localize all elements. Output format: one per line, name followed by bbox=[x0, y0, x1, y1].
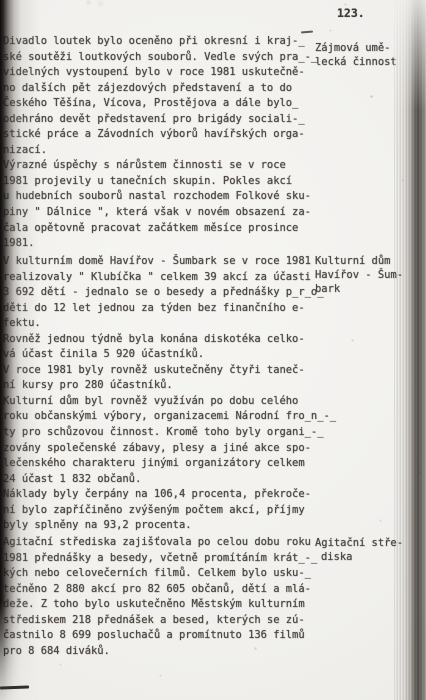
text-line: u hudebních souborů nastal rozchodem Fol… bbox=[3, 189, 337, 205]
margin-note-interest-art-activity: Zájmová umě- lecká činnost bbox=[315, 41, 425, 69]
paragraph-cultural-house: V kulturním domě Havířov - Šumbark se v … bbox=[3, 254, 337, 534]
book-spine-edge bbox=[394, 0, 426, 700]
margin-note-line: Agitační stře- bbox=[315, 536, 425, 550]
text-line: realizovaly " Klubíčka " celkem 39 akcí … bbox=[3, 270, 337, 286]
text-line: 24 účast 1 832 občanů. bbox=[3, 472, 337, 488]
scanned-document-page: 123. Divadlo loutek bylo oceněno při okr… bbox=[0, 0, 426, 700]
paper-specks bbox=[0, 0, 1, 1]
text-line: ní kursy pro 280 účastníků. bbox=[3, 378, 337, 394]
margin-note-line: bark bbox=[315, 282, 425, 296]
text-line: pro 8 684 diváků. bbox=[3, 644, 337, 660]
text-line: Kulturní dům byl rovněž využíván po dobu… bbox=[3, 394, 337, 410]
text-line: Divadlo loutek bylo oceněno při okresní … bbox=[3, 34, 337, 50]
text-line: nizací. bbox=[3, 143, 337, 159]
text-line: střediskem 218 přednášek a besed, kterýc… bbox=[3, 613, 337, 629]
text-line: ské soutěži loutkových souborů. Vedle sv… bbox=[3, 50, 337, 66]
margin-note-cultural-house: Kulturní dům Havířov - Šum- bark bbox=[315, 254, 425, 296]
text-line: vá účast činila 5 920 účastníků. bbox=[3, 347, 337, 363]
text-line: V kulturním domě Havířov - Šumbark se v … bbox=[3, 254, 337, 270]
page-number: 123. bbox=[337, 6, 365, 20]
text-line: Českého Těšína, Vícova, Prostějova a dál… bbox=[3, 96, 337, 112]
text-line: lečenského charakteru jinými organizátor… bbox=[3, 456, 337, 472]
text-line: děti do 12 let jednou za týden bez finan… bbox=[3, 301, 337, 317]
text-line: roku občanskými výbory, organizacemi Nár… bbox=[3, 409, 337, 425]
text-line: ní bylo zapříčiněno zvýšeným počtem akcí… bbox=[3, 503, 337, 519]
pen-line-mark bbox=[0, 685, 29, 689]
margin-note-line: diska bbox=[315, 550, 425, 564]
text-line: tečněno 2 880 akcí pro 82 605 občanů, dě… bbox=[3, 582, 337, 598]
text-line: 3 692 dětí - jednalo se o besedy a předn… bbox=[3, 285, 337, 301]
text-line: Výrazné úspěchy s nárůstem činnosti se v… bbox=[3, 158, 337, 174]
text-line: zovány společenské zábavy, plesy a jiné … bbox=[3, 441, 337, 457]
text-line: ty pro schůzovou činnost. Kromě toho byl… bbox=[3, 425, 337, 441]
pen-dash-mark bbox=[301, 31, 313, 34]
text-line: deže. Z toho bylo uskutečněno Městským k… bbox=[3, 597, 337, 613]
text-line: V roce 1981 byly rovněž uskutečněny čtyř… bbox=[3, 363, 337, 379]
text-line: čala opětovně pracovat začátkem měsíce p… bbox=[3, 221, 337, 237]
paragraph-interest-art-activity: Divadlo loutek bylo oceněno při okresní … bbox=[3, 34, 337, 252]
text-line: častnilo 8 699 posluchačů a promítnuto 1… bbox=[3, 628, 337, 644]
text-line: byly splněny na 93,2 procenta. bbox=[3, 518, 337, 534]
margin-note-line: Kulturní dům bbox=[315, 254, 425, 268]
text-line: 1981 projevily u tanečních skupin. Pokle… bbox=[3, 174, 337, 190]
text-line: odehráno devět představení pro brigády s… bbox=[3, 112, 337, 128]
text-line: Náklady byly čerpány na 106,4 procenta, … bbox=[3, 487, 337, 503]
text-line: stické práce a Závodních výborů havířský… bbox=[3, 127, 337, 143]
margin-note-agitation-centres: Agitační stře- diska bbox=[315, 536, 425, 564]
margin-note-line: Zájmová umě- bbox=[315, 41, 425, 55]
text-line: fektu. bbox=[3, 316, 337, 332]
text-line: Rovněž jednou týdně byla konána diskoték… bbox=[3, 332, 337, 348]
text-line: 1981. bbox=[3, 236, 337, 252]
margin-note-line: lecká činnost bbox=[315, 55, 425, 69]
text-line: videlných vystoupení bylo v roce 1981 us… bbox=[3, 65, 337, 81]
text-line: Agitační střediska zajišťovala po celou … bbox=[3, 535, 337, 551]
text-line: no dalších pět zájezdových představení a… bbox=[3, 81, 337, 97]
margin-note-line: Havířov - Šum- bbox=[315, 268, 425, 282]
text-line: 1981 přednášky a besedy, včetně promítán… bbox=[3, 551, 337, 567]
text-line: kých nebo celovečerních filmů. Celkem by… bbox=[3, 566, 337, 582]
paragraph-agitation-centres: Agitační střediska zajišťovala po celou … bbox=[3, 535, 337, 659]
text-line: piny " Dálnice ", která však v novém obs… bbox=[3, 205, 337, 221]
